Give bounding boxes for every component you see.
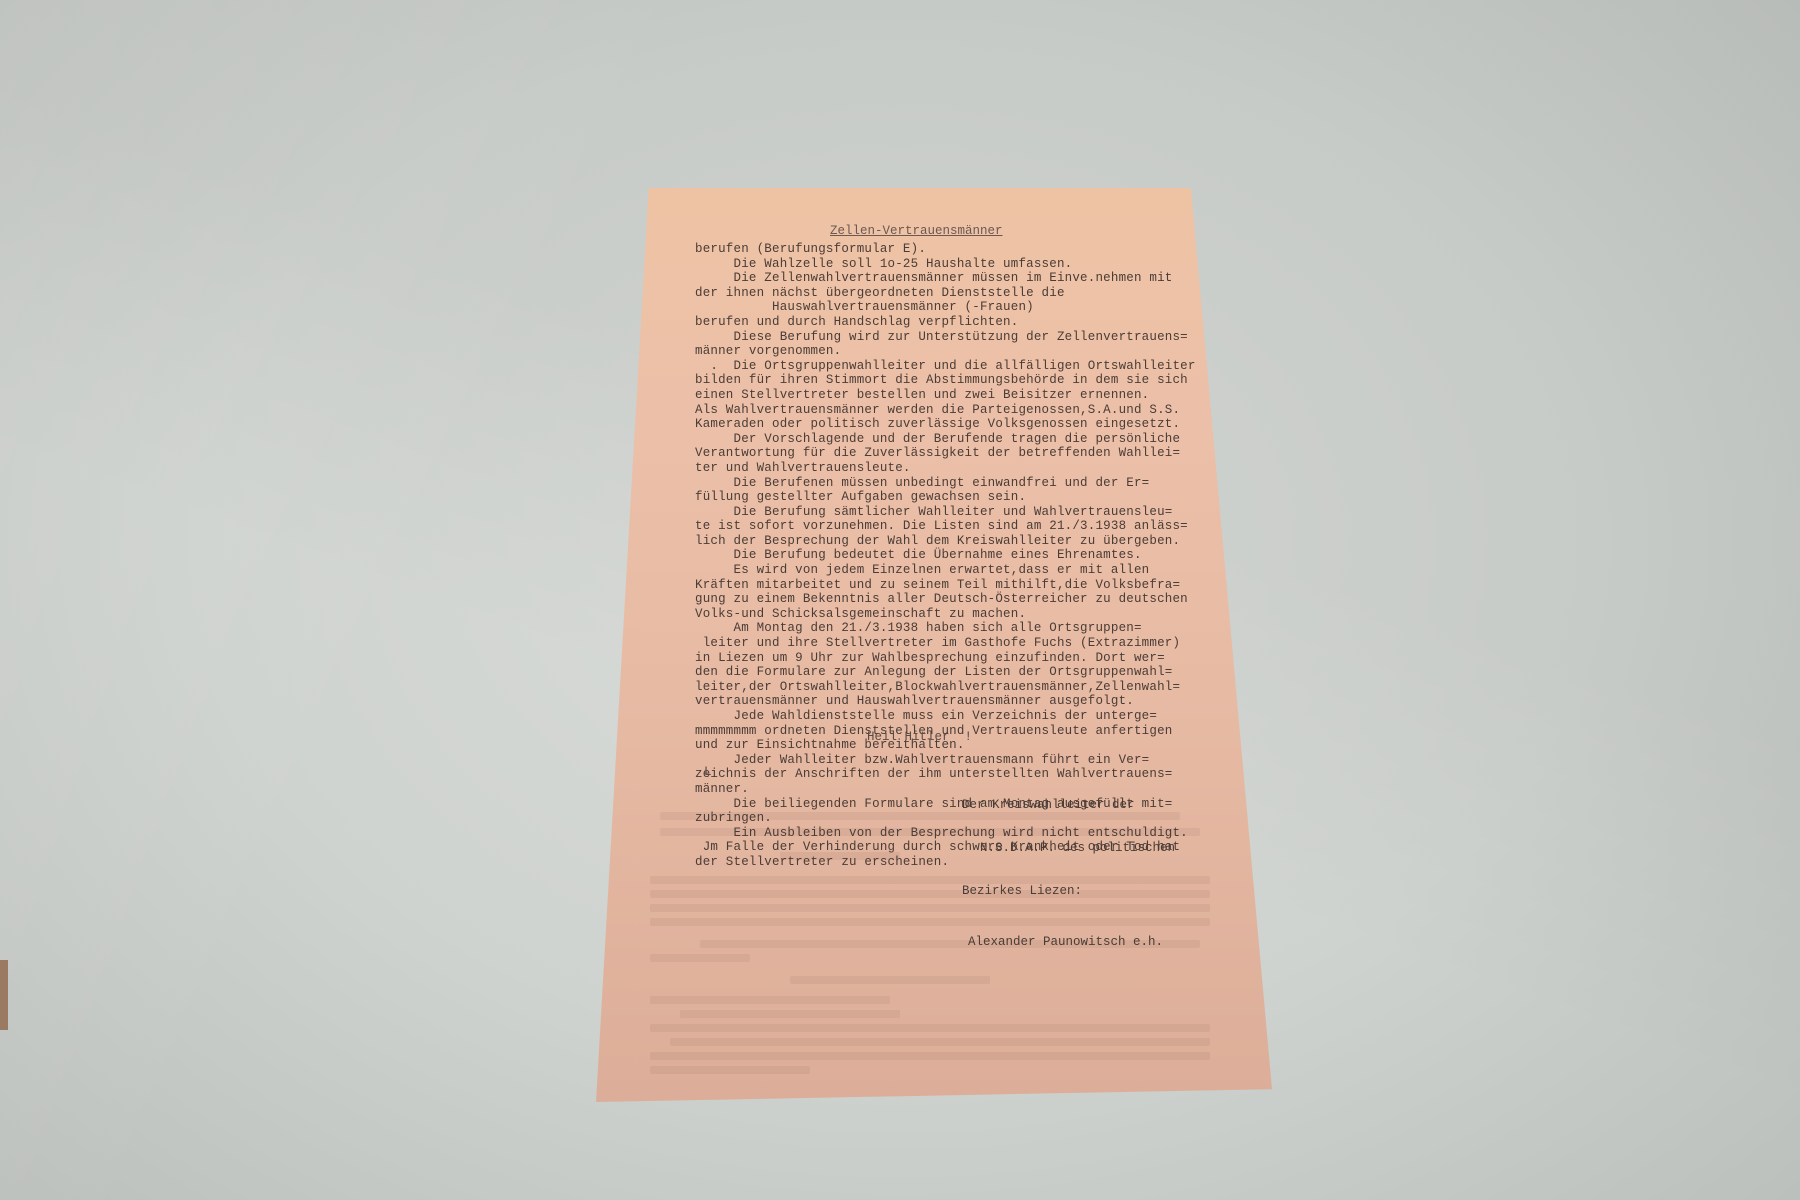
document-line: berufen (Berufungsformular E). xyxy=(695,242,1235,257)
document-line: vertrauensmänner und Hauswahlvertrauensm… xyxy=(695,694,1235,709)
document-line: Die Berufung sämtlicher Wahlleiter und W… xyxy=(695,505,1235,520)
margin-mark: L xyxy=(704,765,712,779)
document-line: Am Montag den 21./3.1938 haben sich alle… xyxy=(695,621,1235,636)
document-line: Kräften mitarbeitet und zu seinem Teil m… xyxy=(695,578,1235,593)
bleed-line xyxy=(650,1052,1210,1060)
document-line: einen Stellvertreter bestellen und zwei … xyxy=(695,388,1235,403)
signature-line-2: N.S.D.A.P. des politischen xyxy=(962,841,1175,855)
document-line: Der Vorschlagende und der Berufende trag… xyxy=(695,432,1235,447)
document-line: männer vorgenommen. xyxy=(695,344,1235,359)
document-line: Die Berufenen müssen unbedingt einwandfr… xyxy=(695,476,1235,491)
document-line: Es wird von jedem Einzelnen erwartet,das… xyxy=(695,563,1235,578)
document-line: Die Zellenwahlvertrauensmänner müssen im… xyxy=(695,271,1235,286)
signature-line-1: Der Kreiswahlleiter der xyxy=(962,798,1175,812)
document-line: lich der Besprechung der Wahl dem Kreisw… xyxy=(695,534,1235,549)
bleed-line xyxy=(650,996,890,1004)
document-line: bilden für ihren Stimmort die Abstimmung… xyxy=(695,373,1235,388)
document-title: Zellen-Vertrauensmänner xyxy=(830,224,1003,238)
edge-object xyxy=(0,960,8,1030)
document-line: Kameraden oder politisch zuverlässige Vo… xyxy=(695,417,1235,432)
document-line: füllung gestellter Aufgaben gewachsen se… xyxy=(695,490,1235,505)
document-line: der ihnen nächst übergeordneten Dienstst… xyxy=(695,286,1235,301)
document-line: . Die Ortsgruppenwahlleiter und die allf… xyxy=(695,359,1235,374)
document-line: Verantwortung für die Zuverlässigkeit de… xyxy=(695,446,1235,461)
document-line: Hauswahlvertrauensmänner (-Frauen) xyxy=(695,300,1235,315)
document-line: Jede Wahldienststelle muss ein Verzeichn… xyxy=(695,709,1235,724)
document-line: Die Wahlzelle soll 1o-25 Haushalte umfas… xyxy=(695,257,1235,272)
closing-salutation: Heil Hitler ! xyxy=(867,730,972,744)
document-line: leiter,der Ortswahlleiter,Blockwahlvertr… xyxy=(695,680,1235,695)
bleed-line xyxy=(790,976,990,984)
document-line: den die Formulare zur Anlegung der Liste… xyxy=(695,665,1235,680)
bleed-line xyxy=(650,1024,1210,1032)
document-line: ter und Wahlvertrauensleute. xyxy=(695,461,1235,476)
bleed-line xyxy=(680,1010,900,1018)
signature-block: Der Kreiswahlleiter der N.S.D.A.P. des p… xyxy=(962,769,1175,964)
signature-line-3: Bezirkes Liezen: xyxy=(962,884,1175,898)
bleed-line xyxy=(650,954,750,962)
signatory-name: Alexander Paunowitsch e.h. xyxy=(962,935,1175,949)
document-line: Jeder Wahlleiter bzw.Wahlvertrauensmann … xyxy=(695,753,1235,768)
document-line: Die Berufung bedeutet die Übernahme eine… xyxy=(695,548,1235,563)
document-line: gung zu einem Bekenntnis aller Deutsch-Ö… xyxy=(695,592,1235,607)
bleed-line xyxy=(650,1066,810,1074)
document-line: Diese Berufung wird zur Unterstützung de… xyxy=(695,330,1235,345)
document-line: leiter und ihre Stellvertreter im Gastho… xyxy=(695,636,1235,651)
document-line: berufen und durch Handschlag verpflichte… xyxy=(695,315,1235,330)
document-line: te ist sofort vorzunehmen. Die Listen si… xyxy=(695,519,1235,534)
document-line: in Liezen um 9 Uhr zur Wahlbesprechung e… xyxy=(695,651,1235,666)
document-line: Als Wahlvertrauensmänner werden die Part… xyxy=(695,403,1235,418)
document-line: Volks-und Schicksalsgemeinschaft zu mach… xyxy=(695,607,1235,622)
bleed-line xyxy=(670,1038,1210,1046)
